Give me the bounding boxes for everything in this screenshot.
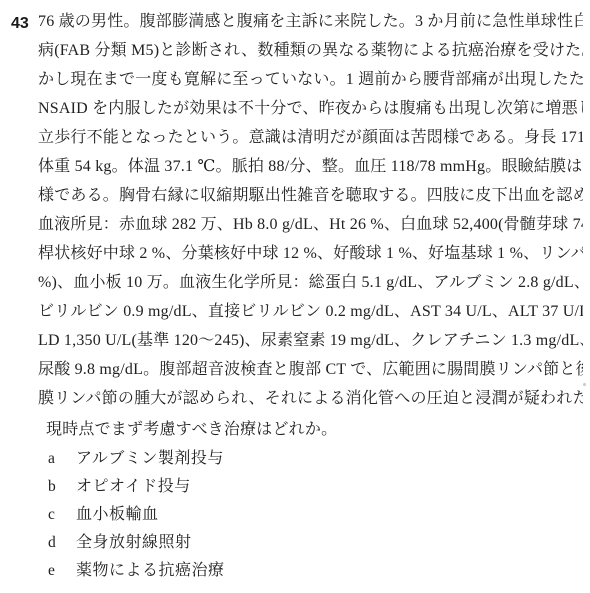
body-line-9: 桿状核好中球 2 %、分葉核好中球 12 %、好酸球 1 %、好塩基球 1 %、… [38,239,583,268]
question-text-block: 76 歳の男性。腹部膨満感と腹痛を主訴に来院した。3 か月前に急性単球性白血 病… [38,7,583,585]
body-line-8: 血液所見：赤血球 282 万、Hb 8.0 g/dL、Ht 26 %、白血球 5… [38,210,583,239]
option-d[interactable]: d 全身放射線照射 [38,529,583,557]
option-c[interactable]: c 血小板輸血 [38,501,583,529]
body-line-14: 膜リンパ節の腫大が認められ、それによる消化管への圧迫と浸潤が疑われた。 [38,384,583,413]
body-line-11: ビリルビン 0.9 mg/dL、直接ビリルビン 0.2 mg/dL、AST 34… [38,297,583,326]
option-a-letter: a [48,445,76,473]
scan-artifact-dot [583,383,586,386]
body-line-12: LD 1,350 U/L(基準 120～245)、尿素窒素 19 mg/dL、ク… [38,326,583,355]
option-b-letter: b [48,473,76,501]
option-c-label: 血小板輸血 [76,501,159,529]
body-line-7: 様である。胸骨右縁に収縮期駆出性雑音を聴取する。四肢に皮下出血を認めない。 [38,181,583,210]
option-b-label: オピオイド投与 [76,473,191,501]
body-line-10: %)、血小板 10 万。血液生化学所見：総蛋白 5.1 g/dL、アルブミン 2… [38,268,583,297]
question-number: 43 [11,9,39,38]
body-line-2: 病(FAB 分類 M5)と診断され、数種類の異なる薬物による抗癌治療を受けた。し [38,36,583,65]
exam-question-page: 43 76 歳の男性。腹部膨満感と腹痛を主訴に来院した。3 か月前に急性単球性白… [0,0,590,593]
option-e-label: 薬物による抗癌治療 [76,557,225,585]
body-line-4: NSAID を内服したが効果は不十分で、昨夜からは腹痛も出現し次第に増悪して自 [38,94,583,123]
body-line-6: 体重 54 kg。体温 37.1 ℃。脈拍 88/分、整。血圧 118/78 m… [38,152,583,181]
body-line-13: 尿酸 9.8 mg/dL。腹部超音波検査と腹部 CT で、広範囲に腸間膜リンパ節… [38,355,583,384]
body-line-1: 76 歳の男性。腹部膨満感と腹痛を主訴に来院した。3 か月前に急性単球性白血 [38,7,583,36]
option-a-label: アルブミン製剤投与 [76,445,224,473]
option-a[interactable]: a アルブミン製剤投与 [38,445,583,473]
question-stem: 現時点でまず考慮すべき治療はどれか。 [38,414,583,445]
option-e-letter: e [48,557,76,585]
option-b[interactable]: b オピオイド投与 [38,473,583,501]
option-e[interactable]: e 薬物による抗癌治療 [38,557,583,585]
body-line-3: かし現在まで一度も寛解に至っていない。1 週前から腰背部痛が出現したため [38,65,583,94]
body-line-5: 立歩行不能となったという。意識は清明だが顔面は苦悶様である。身長 171 cm、 [38,123,583,152]
option-c-letter: c [48,501,76,529]
option-d-label: 全身放射線照射 [76,529,192,557]
option-d-letter: d [48,529,76,557]
